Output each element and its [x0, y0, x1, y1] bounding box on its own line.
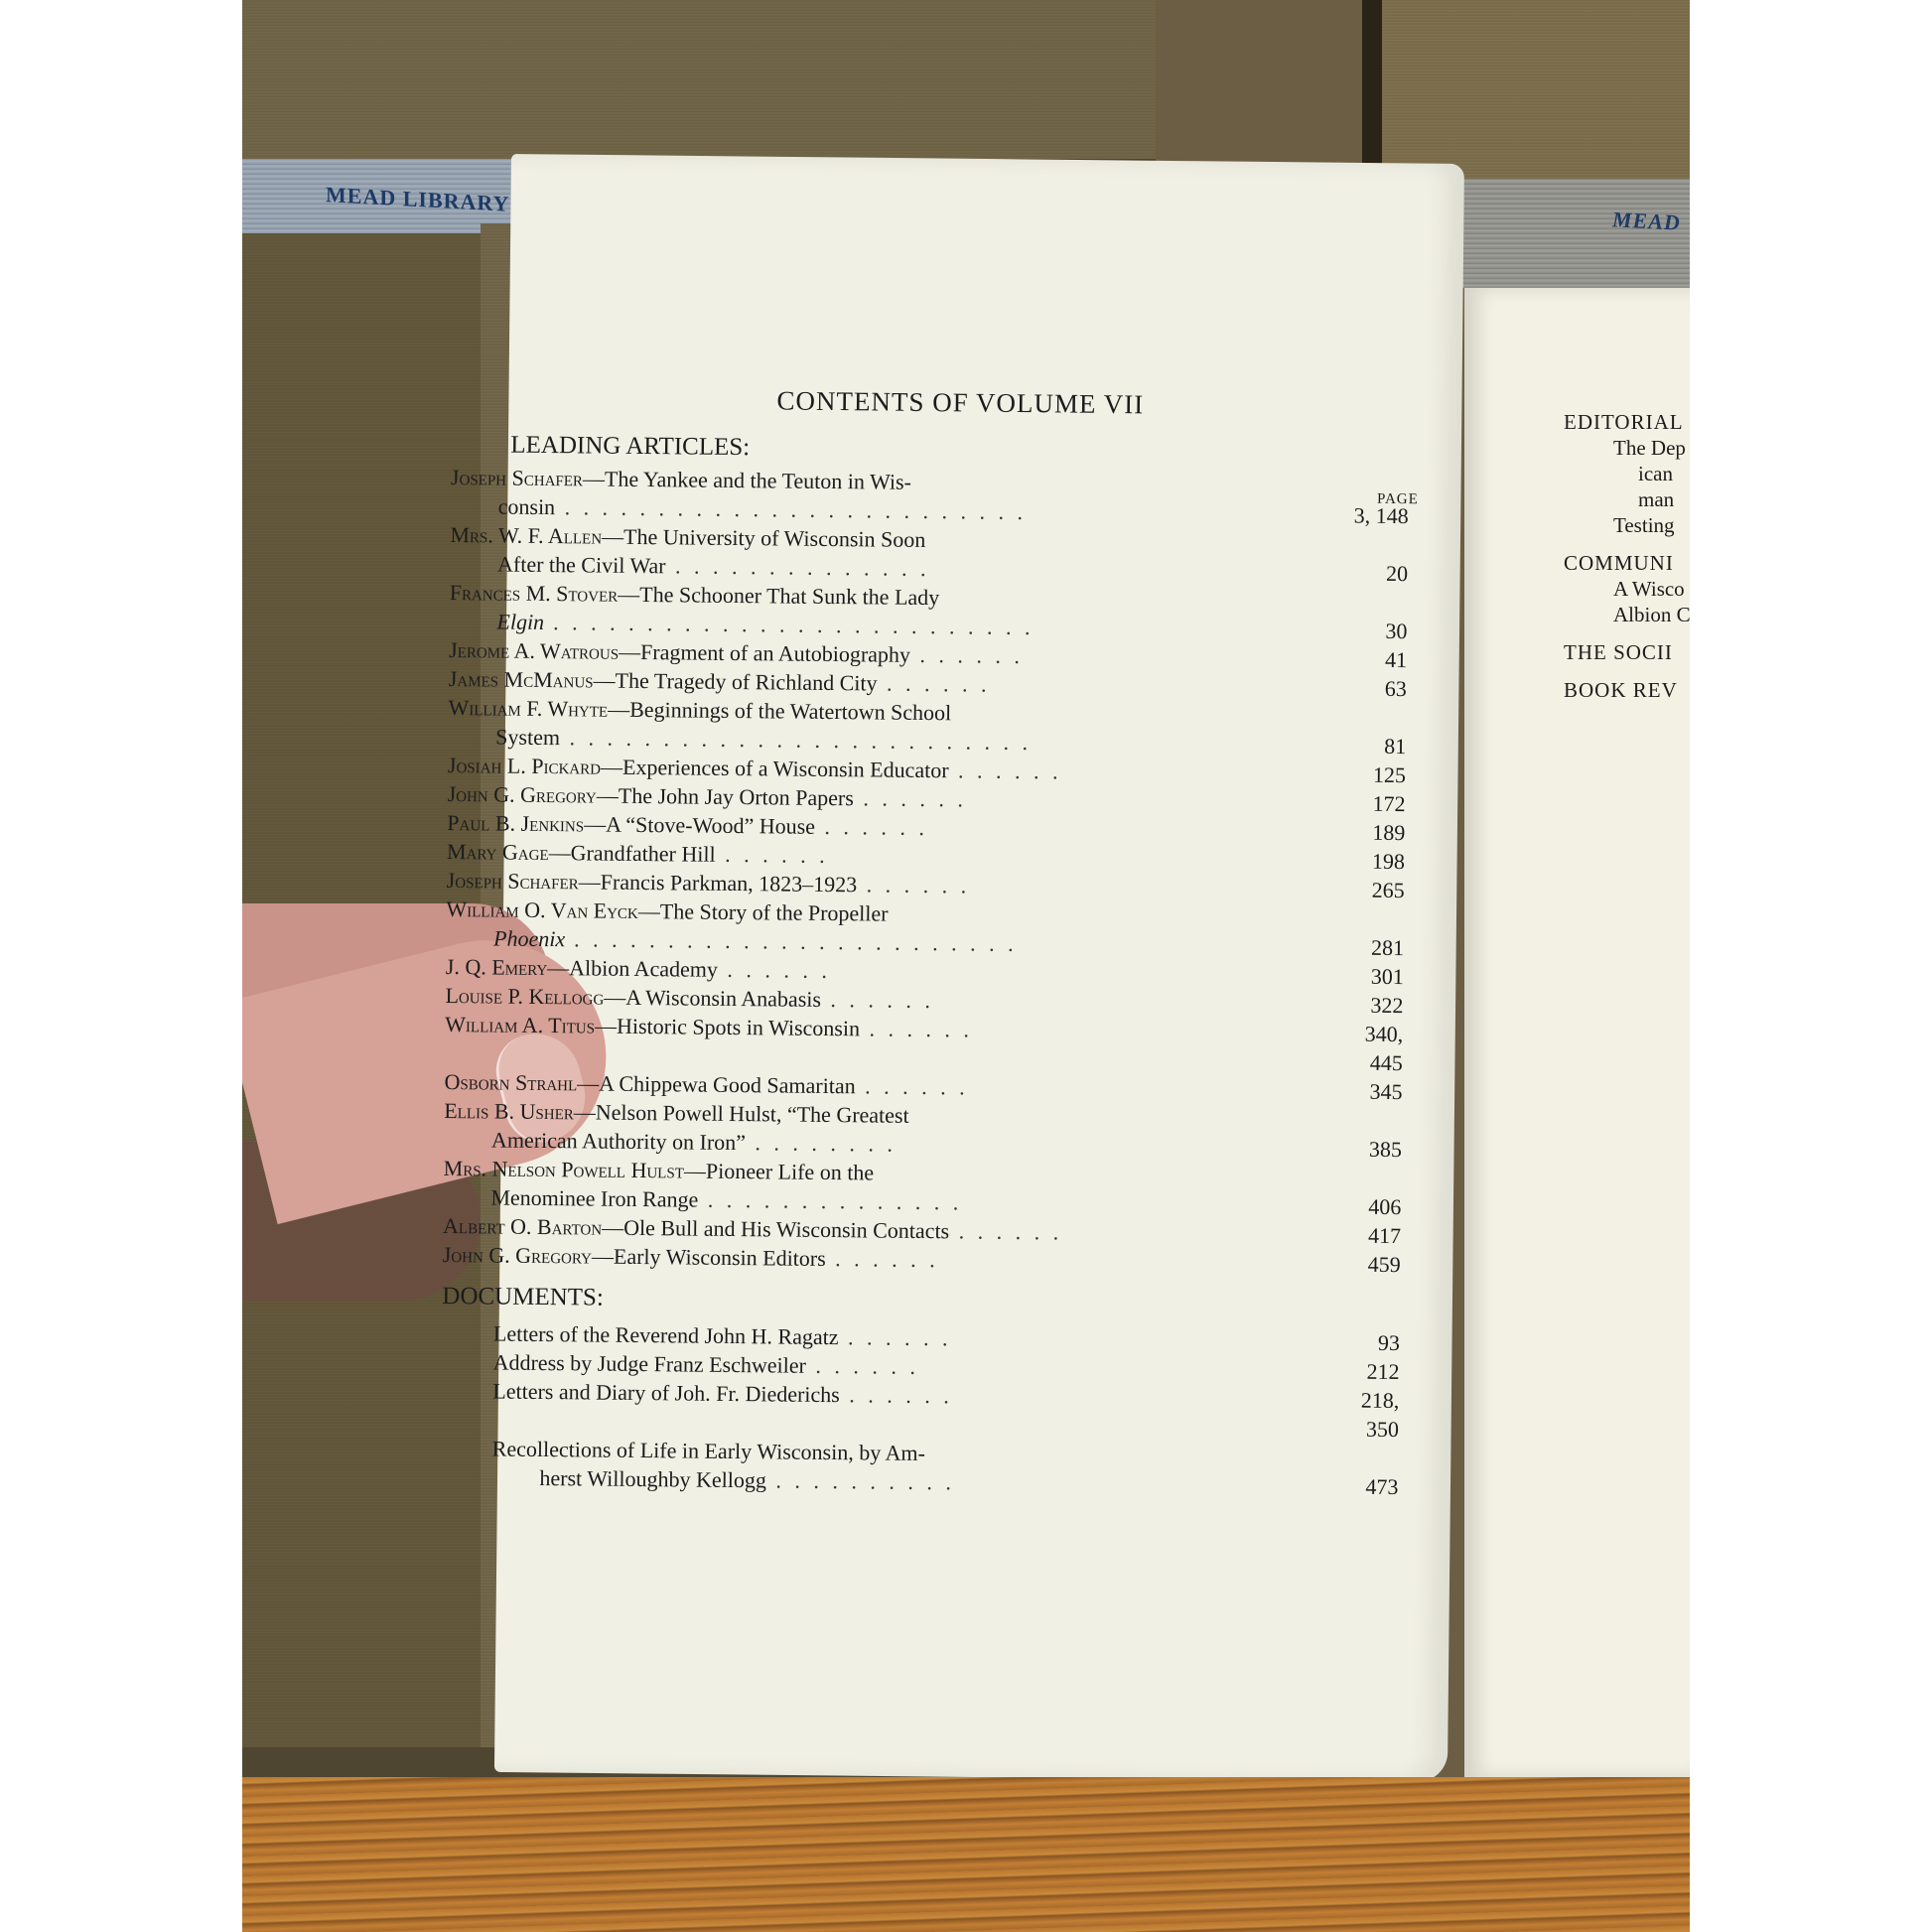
entry-author: John G. Gregory: [443, 1242, 592, 1269]
entry-text: William F. Whyte—Beginnings of the Water…: [448, 693, 1335, 759]
entry-text: Ellis B. Usher—Nelson Powell Hulst, “The…: [444, 1096, 1331, 1163]
facing-page-line: The Dep: [1564, 435, 1690, 461]
facing-page-line: ican: [1564, 461, 1690, 486]
entry-title: Francis Parkman, 1823–1923: [601, 870, 858, 897]
toc-entry: Mrs. Nelson Powell Hulst—Pioneer Life on…: [443, 1154, 1402, 1221]
documents-list: Letters of the Reverend John H. Ragatz .…: [491, 1318, 1400, 1501]
entry-page: 63: [1335, 673, 1407, 703]
leading-articles-list: Joseph Schafer—The Yankee and the Teuton…: [443, 463, 1409, 1279]
facing-page-line: A Wisco: [1564, 576, 1690, 602]
facing-page-line: Testing: [1564, 512, 1690, 538]
documents-heading: DOCUMENTS:: [442, 1283, 1440, 1321]
entry-author: Jerome A. Watrous: [449, 637, 619, 664]
leader-dots: . . . . . .: [910, 642, 1024, 668]
table-of-contents: CONTENTS OF VOLUME VII LEADING ARTICLES:…: [440, 382, 1449, 1501]
entry-title: Fragment of an Autobiography: [640, 639, 910, 667]
wooden-table: [242, 1777, 1690, 1932]
entry-text: William O. Van Eyck—The Story of the Pro…: [446, 895, 1333, 961]
entry-page: 345: [1330, 1076, 1402, 1106]
facing-page-line: COMMUNI: [1564, 550, 1690, 576]
leader-dots: . . . . . .: [857, 872, 970, 897]
entry-page: 3, 148: [1336, 500, 1408, 530]
entry-page: 265: [1333, 875, 1405, 904]
leader-dots: . . . . . . . . . . . . . . . . . . . . …: [560, 725, 1032, 755]
leader-dots: . . . . . .: [860, 1016, 973, 1041]
entry-title: Historic Spots in Wisconsin: [617, 1014, 860, 1041]
leader-dots: . . . . . . . .: [746, 1130, 897, 1157]
entry-page: 172: [1333, 788, 1405, 818]
entry-author: William O. Van Eyck: [446, 897, 638, 923]
toc-entry: Joseph Schafer—The Yankee and the Teuton…: [451, 463, 1410, 530]
entry-title: Letters and Diary of Joh. Fr. Diederichs: [492, 1378, 840, 1407]
entry-page: 81: [1334, 731, 1406, 760]
entry-text: William A. Titus—Historic Spots in Wisco…: [445, 1010, 1332, 1076]
entry-author: Osborn Strahl: [444, 1069, 577, 1095]
entry-title: The Story of the Propeller: [660, 898, 889, 925]
leader-dots: . . . . . .: [815, 814, 928, 840]
leader-dots: . . . . . .: [840, 1382, 953, 1408]
toc-entry: Letters and Diary of Joh. Fr. Diederichs…: [492, 1376, 1400, 1444]
facing-page-line: man: [1564, 486, 1690, 512]
entry-author: William A. Titus: [445, 1012, 595, 1038]
toc-entry: William F. Whyte—Beginnings of the Water…: [448, 693, 1407, 760]
entry-author: Joseph Schafer: [447, 868, 579, 894]
toc-entry: Frances M. Stover—The Schooner That Sunk…: [449, 578, 1408, 645]
leader-dots: . . . . . .: [821, 987, 934, 1013]
entry-title: Beginnings of the Watertown School: [629, 697, 951, 725]
facing-page-line: EDITORIAL: [1564, 409, 1690, 435]
entry-author: James McManus: [449, 666, 594, 693]
entry-page: 93: [1328, 1327, 1400, 1357]
leader-dots: . . . . . . . . . .: [766, 1467, 955, 1494]
entry-author: Ellis B. Usher: [444, 1098, 574, 1124]
entry-page: 417: [1329, 1220, 1401, 1250]
toc-entry: Mrs. W. F. Allen—The University of Wisco…: [450, 520, 1409, 588]
entry-author: Joseph Schafer: [451, 465, 583, 490]
entry-text: Frances M. Stover—The Schooner That Sunk…: [449, 578, 1336, 644]
entry-title: Ole Bull and His Wisconsin Contacts: [623, 1215, 949, 1243]
entry-author: William F. Whyte: [448, 695, 608, 722]
entry-title: Grandfather Hill: [571, 840, 716, 867]
leader-dots: . . . . . .: [949, 1218, 1062, 1244]
top-book-cover: [242, 0, 1156, 165]
entry-page: 301: [1332, 961, 1404, 991]
facing-page-line: BOOK REV: [1564, 677, 1690, 703]
leader-dots: . . . . . .: [838, 1324, 951, 1350]
entry-page: 189: [1333, 817, 1405, 847]
entry-title: A “Stove-Wood” House: [606, 812, 815, 839]
entry-title: Albion Academy: [569, 955, 718, 982]
entry-page: 212: [1327, 1356, 1399, 1386]
toc-entry: Recollections of Life in Early Wisconsin…: [491, 1434, 1399, 1501]
leader-dots: . . . . . .: [806, 1353, 919, 1379]
entry-title: The Schooner That Sunk the Lady: [639, 582, 939, 610]
entry-title: Pioneer Life on the: [706, 1159, 874, 1185]
leader-dots: . . . . . .: [877, 671, 990, 697]
entry-page: 340, 445: [1331, 1019, 1404, 1077]
entry-page: 406: [1329, 1191, 1401, 1221]
entry-author: John G. Gregory: [448, 781, 597, 808]
entry-title: Recollections of Life in Early Wisconsin…: [492, 1436, 925, 1465]
entry-page: 218, 350: [1327, 1385, 1400, 1444]
entry-author: Josiah L. Pickard: [448, 753, 601, 779]
toc-entry: William O. Van Eyck—The Story of the Pro…: [446, 895, 1405, 962]
leader-dots: . . . . . .: [948, 758, 1061, 783]
toc-entry: William A. Titus—Historic Spots in Wisco…: [445, 1010, 1404, 1077]
entry-title: The Tragedy of Richland City: [615, 668, 877, 696]
entry-text: Recollections of Life in Early Wisconsin…: [491, 1434, 1327, 1500]
entry-author: Paul B. Jenkins: [447, 810, 584, 836]
entry-author: J. Q. Emery: [446, 954, 548, 980]
entry-author: Mrs. W. F. Allen: [450, 522, 602, 549]
entry-title: Nelson Powell Hulst, “The Greatest: [596, 1100, 909, 1128]
leader-dots: . . . . . .: [854, 785, 967, 811]
entry-title: Experiences of a Wisconsin Educator: [622, 755, 949, 782]
leader-dots: . . . . . . . . . . . . . .: [665, 553, 929, 581]
entry-author: Mrs. Nelson Powell Hulst: [444, 1156, 684, 1183]
toc-entry: Ellis B. Usher—Nelson Powell Hulst, “The…: [444, 1096, 1403, 1164]
entry-page: 459: [1329, 1249, 1401, 1279]
entry-title: Early Wisconsin Editors: [614, 1244, 826, 1271]
entry-text: Mrs. Nelson Powell Hulst—Pioneer Life on…: [443, 1154, 1330, 1220]
entry-page: 125: [1334, 759, 1406, 789]
entry-text: Mrs. W. F. Allen—The University of Wisco…: [450, 520, 1337, 587]
leader-dots: . . . . . .: [826, 1246, 939, 1272]
leading-articles-heading: LEADING ARTICLES:: [510, 432, 1449, 470]
leader-dots: . . . . . . . . . . . . . . . . . . . . …: [544, 610, 1035, 639]
leader-dots: . . . . . . . . . . . . . .: [698, 1187, 962, 1215]
edge-stamp-right: MEAD: [1612, 207, 1681, 236]
entry-title: The University of Wisconsin Soon: [623, 524, 925, 552]
entry-page: 198: [1333, 846, 1405, 876]
entry-page: 385: [1330, 1134, 1402, 1164]
entry-page: 322: [1331, 990, 1403, 1020]
edge-stamp-left: MEAD LIBRARY: [326, 182, 509, 217]
facing-page-text: EDITORIALThe DepicanmanTestingCOMMUNIA W…: [1564, 397, 1690, 703]
entry-author: Louise P. Kellogg: [445, 983, 604, 1010]
entry-title: Letters of the Reverend John H. Ragatz: [493, 1320, 839, 1349]
entry-title: A Chippewa Good Samaritan: [599, 1071, 856, 1099]
leader-dots: . . . . . .: [716, 842, 829, 868]
entry-page: 473: [1326, 1471, 1398, 1501]
entry-page: 281: [1332, 932, 1404, 962]
facing-page-line: Albion C: [1564, 602, 1690, 627]
entry-title: A Wisconsin Anabasis: [625, 985, 821, 1012]
entry-page: 30: [1335, 616, 1407, 645]
facing-page-line: THE SOCII: [1564, 639, 1690, 665]
entry-page: 41: [1335, 644, 1407, 674]
entry-author: Frances M. Stover: [450, 580, 619, 607]
leader-dots: . . . . . . . . . . . . . . . . . . . . …: [565, 926, 1018, 956]
leader-dots: . . . . . .: [856, 1073, 969, 1099]
leader-dots: . . . . . .: [718, 957, 831, 983]
leader-dots: . . . . . . . . . . . . . . . . . . . . …: [555, 494, 1027, 524]
entry-title: The Yankee and the Teuton in Wis-: [605, 467, 911, 494]
entry-title: Address by Judge Franz Eschweiler: [493, 1349, 807, 1377]
entry-text: Joseph Schafer—The Yankee and the Teuton…: [451, 463, 1338, 529]
top-right-book-cover: [1382, 0, 1690, 185]
entry-title: The John Jay Orton Papers: [619, 783, 854, 810]
entry-text: Letters and Diary of Joh. Fr. Diederichs…: [492, 1376, 1328, 1443]
entry-author: Mary Gage: [447, 839, 549, 865]
entry-author: Albert O. Barton: [443, 1213, 602, 1240]
entry-page: 20: [1336, 558, 1408, 588]
